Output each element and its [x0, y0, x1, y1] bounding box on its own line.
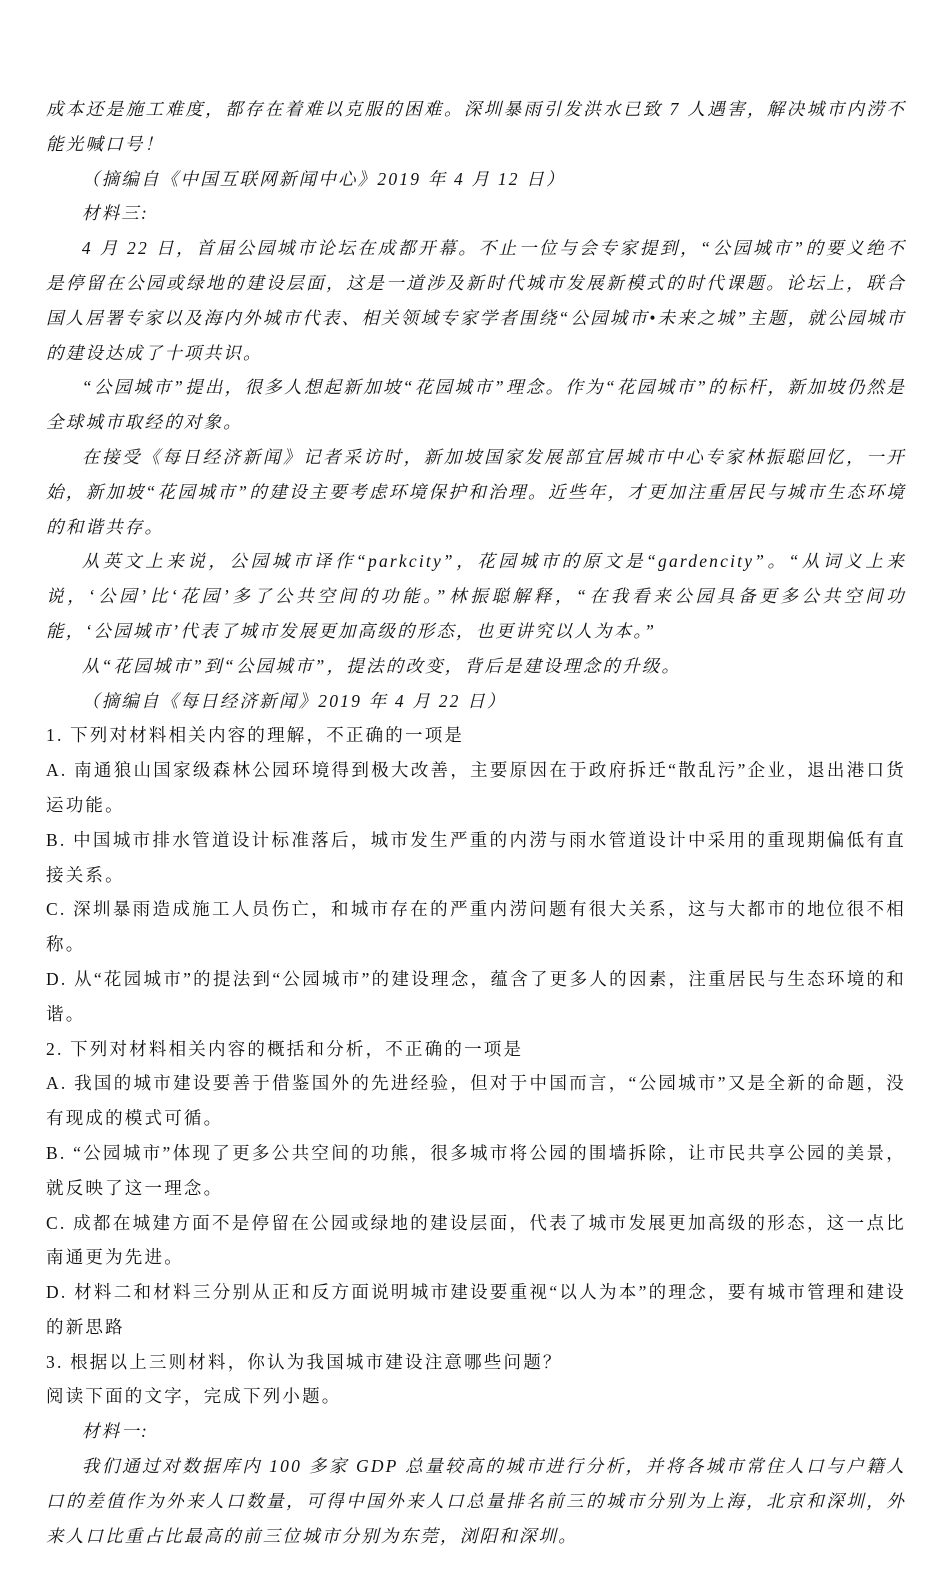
question-2-option-d: D. 材料二和材料三分别从正和反方面说明城市建设要重视“以人为本”的理念，要有城…: [46, 1275, 906, 1345]
paragraph-continued-material-two: 成本还是施工难度，都存在着难以克服的困难。深圳暴雨引发洪水已致 7 人遇害，解决…: [46, 92, 906, 162]
question-1-option-a: A. 南通狼山国家级森林公园环境得到极大改善，主要原因在于政府拆迁“散乱污”企业…: [46, 753, 906, 823]
material-one-paragraph-1: 我们通过对数据库内 100 多家 GDP 总量较高的城市进行分析，并将各城市常住…: [46, 1449, 906, 1553]
material-three-paragraph-5: 从“花园城市”到“公园城市”，提法的改变，背后是建设理念的升级。: [46, 649, 906, 684]
citation-daily-economic-news: （摘编自《每日经济新闻》2019 年 4 月 22 日）: [46, 684, 906, 719]
question-2-option-b: B. “公园城市”体现了更多公共空间的功熊，很多城市将公园的围墙拆除，让市民共享…: [46, 1136, 906, 1206]
material-three-paragraph-4: 从英文上来说，公园城市译作“parkcity”，花园城市的原文是“gardenc…: [46, 544, 906, 648]
question-1-option-c: C. 深圳暴雨造成施工人员伤亡，和城市存在的严重内涝问题有很大关系，这与大都市的…: [46, 892, 906, 962]
question-1-stem: 1. 下列对材料相关内容的理解，不正确的一项是: [46, 718, 906, 753]
material-three-paragraph-2: “公园城市”提出，很多人想起新加坡“花园城市”理念。作为“花园城市”的标杆，新加…: [46, 370, 906, 440]
material-three-paragraph-3: 在接受《每日经济新闻》记者采访时，新加坡国家发展部宜居城市中心专家林振聪回忆，一…: [46, 440, 906, 544]
question-2-option-a: A. 我国的城市建设要善于借鉴国外的先进经验，但对于中国而言，“公园城市”又是全…: [46, 1066, 906, 1136]
question-3-stem: 3. 根据以上三则材料，你认为我国城市建设注意哪些问题？: [46, 1345, 906, 1380]
reading-instruction: 阅读下面的文字，完成下列小题。: [46, 1379, 906, 1414]
question-1-option-d: D. 从“花园城市”的提法到“公园城市”的建设理念，蕴含了更多人的因素，注重居民…: [46, 962, 906, 1032]
label-material-one: 材料一:: [46, 1414, 906, 1449]
question-2-option-c: C. 成都在城建方面不是停留在公园或绿地的建设层面，代表了城市发展更加高级的形态…: [46, 1206, 906, 1276]
question-2-stem: 2. 下列对材料相关内容的概括和分析，不正确的一项是: [46, 1032, 906, 1067]
label-material-three: 材料三:: [46, 196, 906, 231]
material-three-paragraph-1: 4 月 22 日，首届公园城市论坛在成都开幕。不止一位与会专家提到，“公园城市”…: [46, 231, 906, 370]
question-1-option-b: B. 中国城市排水管道设计标准落后，城市发生严重的内涝与雨水管道设计中采用的重现…: [46, 823, 906, 893]
citation-internet-news-center: （摘编自《中国互联网新闻中心》2019 年 4 月 12 日）: [46, 162, 906, 197]
document-page: 成本还是施工难度，都存在着难以克服的困难。深圳暴雨引发洪水已致 7 人遇害，解决…: [0, 0, 950, 1593]
